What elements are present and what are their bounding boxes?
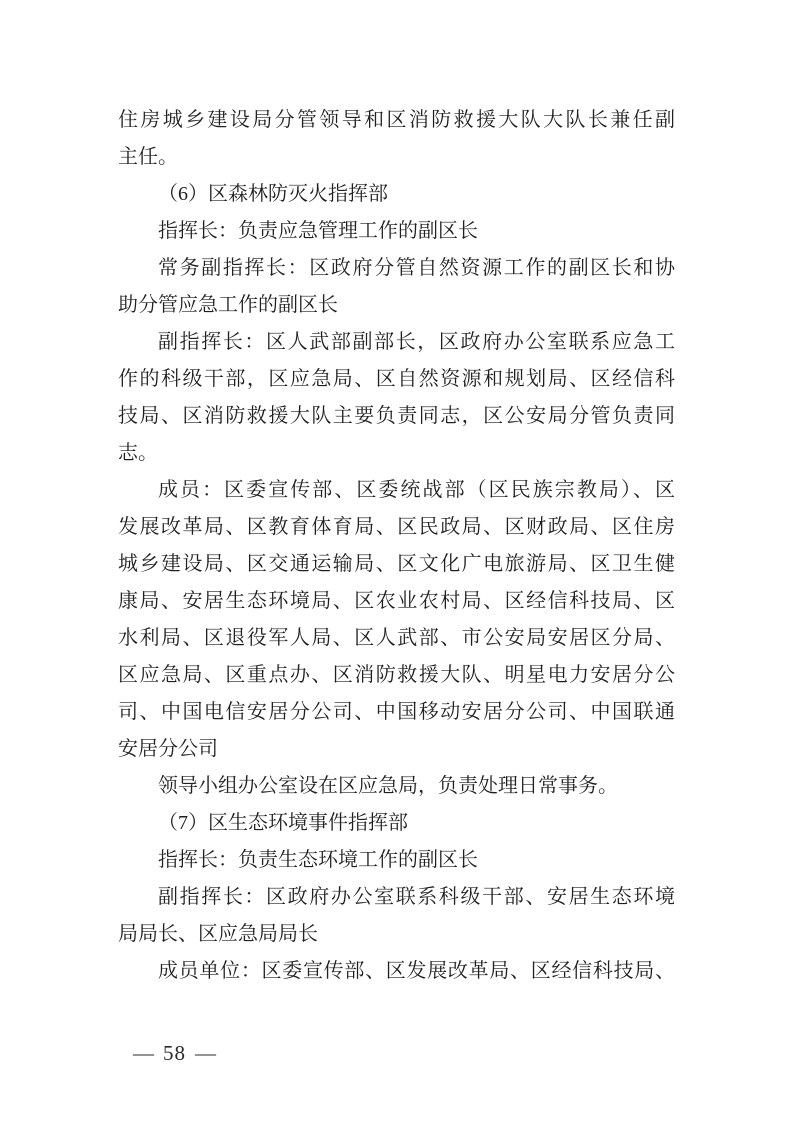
text-line: 发展改革局、区教育体育局、区民政局、区财政局、区住房 — [118, 509, 675, 546]
text-line: 作的科级干部，区应急局、区自然资源和规划局、区经信科 — [118, 361, 675, 398]
text-line: 技局、区消防救援大队主要负责同志，区公安局分管负责同 — [118, 398, 675, 435]
text-line: 城乡建设局、区交通运输局、区文化广电旅游局、区卫生健 — [118, 546, 675, 583]
text-line: 成员单位：区委宣传部、区发展改革局、区经信科技局、 — [118, 953, 675, 990]
text-line: 志。 — [118, 435, 675, 472]
heading-section-7: （7）区生态环境事件指挥部 — [118, 805, 675, 842]
text-line: 指挥长：负责应急管理工作的副区长 — [118, 213, 675, 250]
text-line: 安居分公司 — [118, 731, 675, 768]
text-line: 区应急局、区重点办、区消防救援大队、明星电力安居分公 — [118, 657, 675, 694]
text-line: 主任。 — [118, 139, 675, 176]
text-line: 副指挥长：区政府办公室联系科级干部、安居生态环境 — [118, 879, 675, 916]
text-line: 指挥长：负责生态环境工作的副区长 — [118, 842, 675, 879]
footer-dash-left: — — [133, 1041, 154, 1065]
text-line: 水利局、区退役军人局、区人武部、市公安局安居区分局、 — [118, 620, 675, 657]
document-body: 住房城乡建设局分管领导和区消防救援大队大队长兼任副 主任。 （6）区森林防灭火指… — [118, 102, 675, 990]
footer-dash-right: — — [195, 1041, 216, 1065]
text-line: 领导小组办公室设在区应急局，负责处理日常事务。 — [118, 768, 675, 805]
text-line: 常务副指挥长：区政府分管自然资源工作的副区长和协 — [118, 250, 675, 287]
text-line: 助分管应急工作的副区长 — [118, 287, 675, 324]
text-line: 康局、安居生态环境局、区农业农村局、区经信科技局、区 — [118, 583, 675, 620]
text-line: 司、中国电信安居分公司、中国移动安居分公司、中国联通 — [118, 694, 675, 731]
heading-section-6: （6）区森林防灭火指挥部 — [118, 176, 675, 213]
text-line: 成员：区委宣传部、区委统战部（区民族宗教局）、区 — [118, 472, 675, 509]
page-footer: —58— — [133, 1040, 216, 1066]
page-number: 58 — [163, 1041, 186, 1065]
text-line: 住房城乡建设局分管领导和区消防救援大队大队长兼任副 — [118, 102, 675, 139]
text-line: 局局长、区应急局局长 — [118, 916, 675, 953]
text-line: 副指挥长：区人武部副部长，区政府办公室联系应急工 — [118, 324, 675, 361]
document-page: 住房城乡建设局分管领导和区消防救援大队大队长兼任副 主任。 （6）区森林防灭火指… — [0, 0, 793, 1122]
